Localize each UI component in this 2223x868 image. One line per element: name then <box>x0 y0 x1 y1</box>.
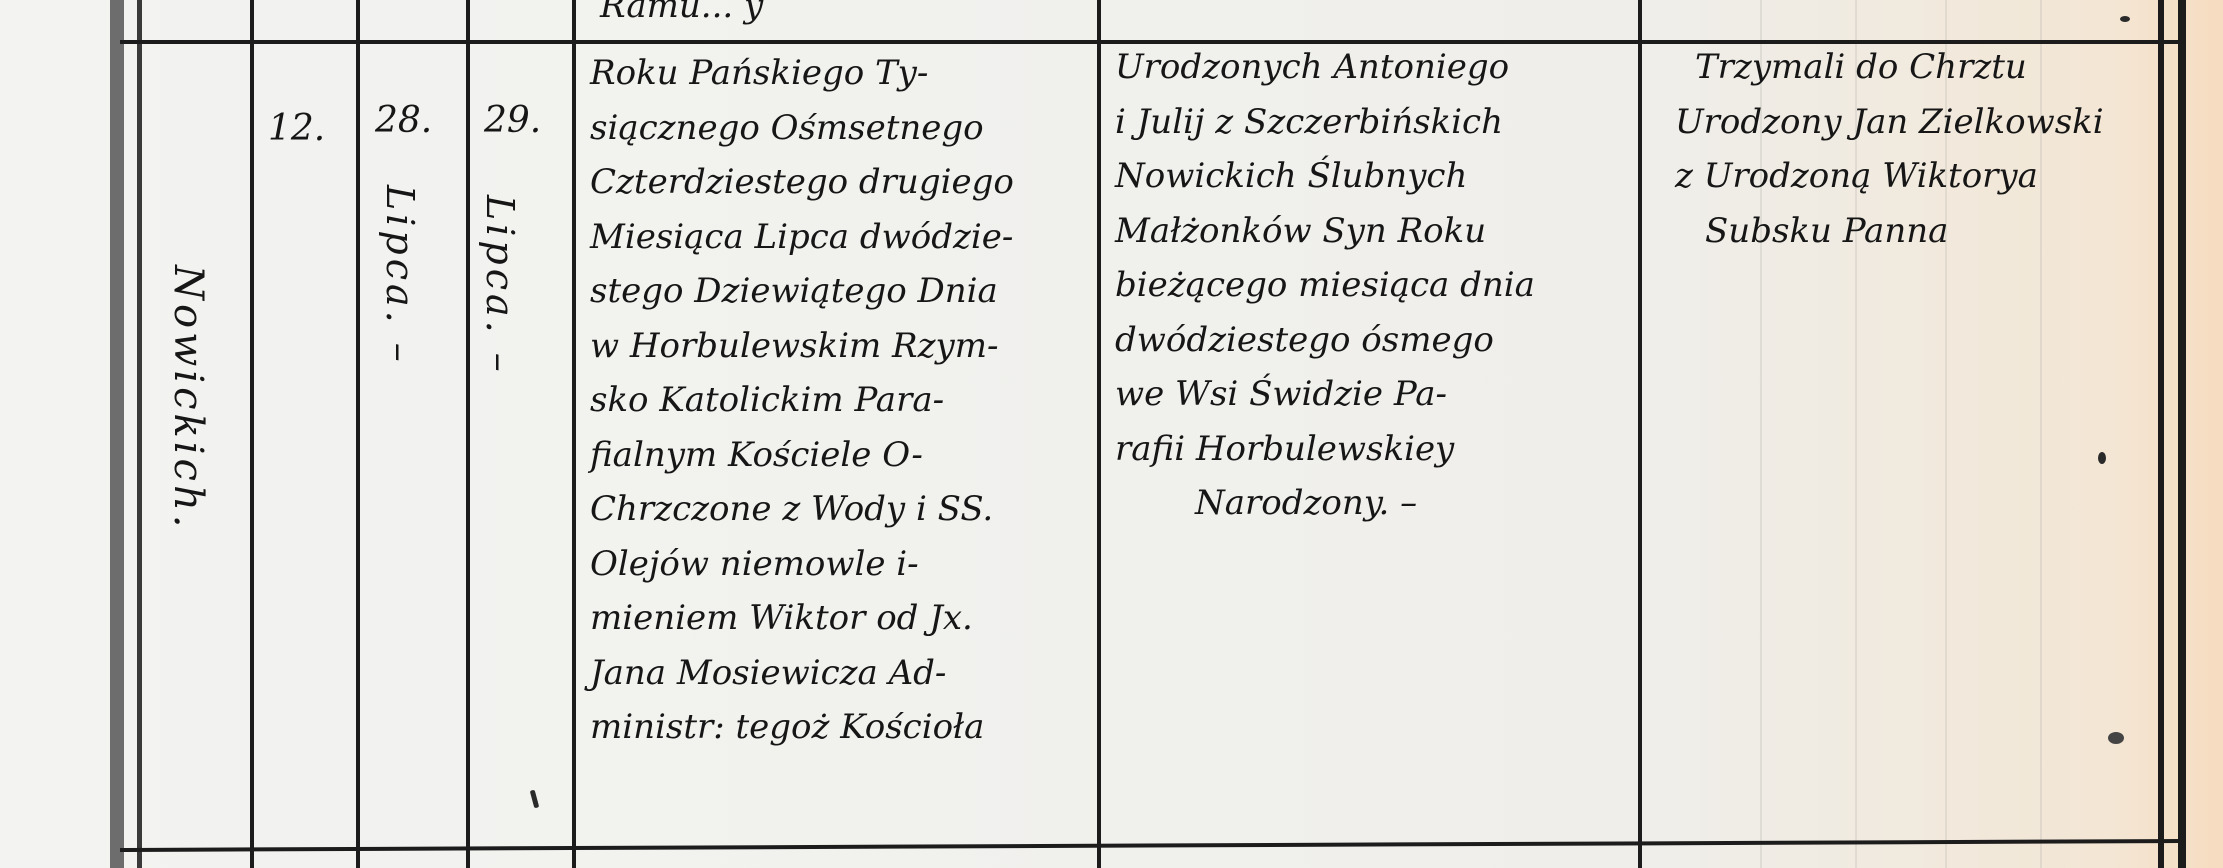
godparents-line: Subsku Panna <box>1675 204 2104 259</box>
left-margin-rule-thick <box>110 0 124 868</box>
parents-line: Nowickich Ślubnych <box>1115 149 1535 204</box>
parents-line: Urodzonych Antoniego <box>1115 40 1535 95</box>
record-line: Olejów niemowle i- <box>590 537 1014 592</box>
baptism-record-text: Roku Pańskiego Ty- siącznego Ośmsetnego … <box>590 46 1014 755</box>
record-line: sko Katolickim Para- <box>590 373 1014 428</box>
ink-spot <box>2108 732 2124 744</box>
column-rule-3 <box>466 0 470 868</box>
parents-line: bieżącego miesiąca dnia <box>1115 258 1535 313</box>
ink-spot <box>2120 16 2130 22</box>
register-page: Ramu... y Nowickich. 12. 28. Lipca. – 29… <box>0 0 2223 868</box>
record-line: siącznego Ośmsetnego <box>590 101 1014 156</box>
ink-mark <box>530 790 539 809</box>
column-rule-5 <box>1097 0 1101 868</box>
godparents-line: z Urodzoną Wiktorya <box>1675 149 2104 204</box>
godparents-text: Trzymali do Chrztu Urodzony Jan Zielkows… <box>1675 40 2104 258</box>
record-line: Czterdziestego drugiego <box>590 155 1014 210</box>
parents-line: rafii Horbulewskiey <box>1115 422 1535 477</box>
column-rule-4 <box>572 0 576 868</box>
parents-line: Małżonków Syn Roku <box>1115 204 1535 259</box>
godparents-line: Urodzony Jan Zielkowski <box>1675 95 2104 150</box>
right-margin-rule-thick <box>2178 0 2186 868</box>
birth-month-vertical: Lipca. – <box>378 185 422 366</box>
baptism-day: 29. <box>484 100 541 141</box>
previous-entry-fragment: Ramu... y <box>600 0 763 26</box>
record-line: fialnym Kościele O- <box>590 428 1014 483</box>
record-line: mieniem Wiktor od Jx. <box>590 591 1014 646</box>
godparents-line: Trzymali do Chrztu <box>1675 40 2104 95</box>
surname-vertical: Nowickich. <box>165 265 211 531</box>
column-rule-1 <box>250 0 254 868</box>
record-line: Miesiąca Lipca dwódzie- <box>590 210 1014 265</box>
baptism-month-vertical: Lipca. – <box>478 195 522 376</box>
row-bottom-rule <box>120 839 2180 852</box>
record-line: w Horbulewskim Rzym- <box>590 319 1014 374</box>
record-line: Roku Pańskiego Ty- <box>590 46 1014 101</box>
left-margin-rule <box>137 0 142 868</box>
parents-line: we Wsi Świdzie Pa- <box>1115 367 1535 422</box>
entry-number: 12. <box>268 108 325 149</box>
parents-line: dwódziestego ósmego <box>1115 313 1535 368</box>
right-margin-rule <box>2158 0 2164 868</box>
birth-day: 28. <box>375 100 432 141</box>
record-line: stego Dziewiątego Dnia <box>590 264 1014 319</box>
column-rule-2 <box>356 0 360 868</box>
record-line: Chrzczone z Wody i SS. <box>590 482 1014 537</box>
column-rule-6 <box>1638 0 1642 868</box>
record-line: ministr: tegoż Kościoła <box>590 700 1014 755</box>
parents-line: Narodzony. – <box>1115 476 1535 531</box>
parents-text: Urodzonych Antoniego i Julij z Szczerbiń… <box>1115 40 1535 531</box>
record-line: Jana Mosiewicza Ad- <box>590 646 1014 701</box>
ink-spot <box>2098 452 2106 464</box>
parents-line: i Julij z Szczerbińskich <box>1115 95 1535 150</box>
